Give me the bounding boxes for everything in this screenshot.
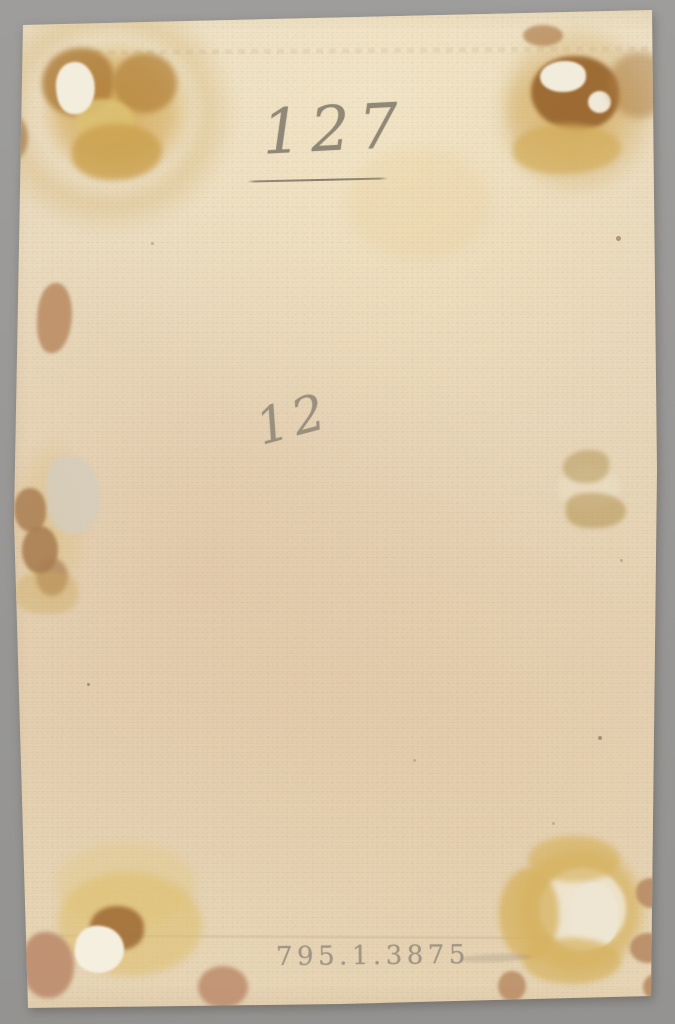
foxing-speck: [616, 236, 621, 241]
foxing-speck: [552, 822, 555, 825]
glue-stain-top-left-lower-lobe: [72, 124, 162, 180]
glue-stain-top-left-brown2: [113, 53, 177, 113]
stain-smudge-right-middle-1: [563, 450, 609, 483]
tear-spot-top-left: [53, 60, 99, 117]
warm-discoloration-patch: [348, 148, 490, 260]
glue-stain-top-left-yellow: [76, 99, 134, 143]
residue-strip-left-middle: [12, 436, 90, 610]
glue-stain-top-right-brown: [531, 56, 619, 130]
tear-spot-bottom-left: [71, 922, 127, 977]
glue-stain-bottom-right-pale-center: [540, 868, 626, 950]
adhesive-blob-left-edge-middle: [37, 283, 72, 353]
tear-spot-top-right-small: [588, 91, 611, 113]
glue-stain-bottom-left-faint: [56, 842, 196, 926]
foxing-speck: [151, 242, 154, 245]
glue-stain-bottom-left-brown: [90, 906, 144, 950]
adhesive-blob-bottom-edge-right: [498, 971, 526, 1001]
glue-stain-bottom-right-arc-bottom: [523, 938, 621, 984]
adhesive-blob-right-edge-1: [636, 878, 670, 908]
crease-line-top: [95, 46, 660, 55]
residue-gray-patch-left: [46, 456, 100, 534]
adhesive-blob-bottom-edge-left: [198, 966, 248, 1008]
pencil-inscription-top-number: 127: [260, 88, 409, 169]
adhesive-blob-top-right: [523, 25, 563, 46]
glue-stain-bottom-right-ring: [503, 836, 655, 984]
residue-brown-blob-left-2: [22, 526, 58, 574]
paper-shadow-wrap: 127 12 795.1.3875: [0, 0, 675, 1024]
glue-stain-top-right-ochre: [503, 46, 643, 174]
residue-brown-blob-left-3: [36, 558, 68, 596]
stain-smudge-right-middle-2: [566, 493, 626, 528]
pencil-underline-stroke: [247, 177, 388, 183]
adhesive-blob-left-edge-upper: [0, 113, 28, 161]
pencil-inscription-center-number: 12: [250, 381, 336, 456]
pencil-inscription-accession-number: 795.1.3875: [276, 940, 470, 972]
foxing-speck: [620, 559, 623, 562]
glue-stain-bottom-right-arc-top: [528, 836, 620, 882]
foxing-speck: [87, 683, 90, 686]
adhesive-blob-bottom-left-edge: [22, 932, 74, 998]
glue-stain-bottom-right-arc-left: [499, 868, 559, 960]
residue-speckle-left-lower: [16, 572, 78, 614]
glue-stain-bottom-left-yellow: [58, 872, 202, 976]
adhesive-blob-right-edge-3: [643, 973, 675, 1001]
glue-stain-top-left-ochre: [38, 40, 194, 182]
tear-spot-top-right: [540, 61, 586, 92]
foxing-speck: [413, 759, 416, 762]
glue-stain-top-left-halo: [0, 0, 250, 245]
glue-smudge-right-edge-top: [608, 52, 670, 118]
abrasion-patch-right-middle: [558, 466, 620, 510]
foxing-speck: [598, 736, 602, 740]
glue-stain-top-right-halo: [485, 14, 667, 206]
paper-sheet-verso: 127 12 795.1.3875: [0, 0, 675, 1024]
glue-stain-top-left-brown: [42, 48, 114, 116]
photo-backdrop: 127 12 795.1.3875: [0, 0, 675, 1024]
tear-spot-bottom-right: [569, 883, 618, 947]
glue-stain-top-right-lower-lobe: [513, 124, 621, 174]
crease-line-bottom: [60, 935, 600, 940]
residue-brown-blob-left-1: [14, 488, 46, 532]
adhesive-blob-right-edge-2: [630, 933, 666, 963]
